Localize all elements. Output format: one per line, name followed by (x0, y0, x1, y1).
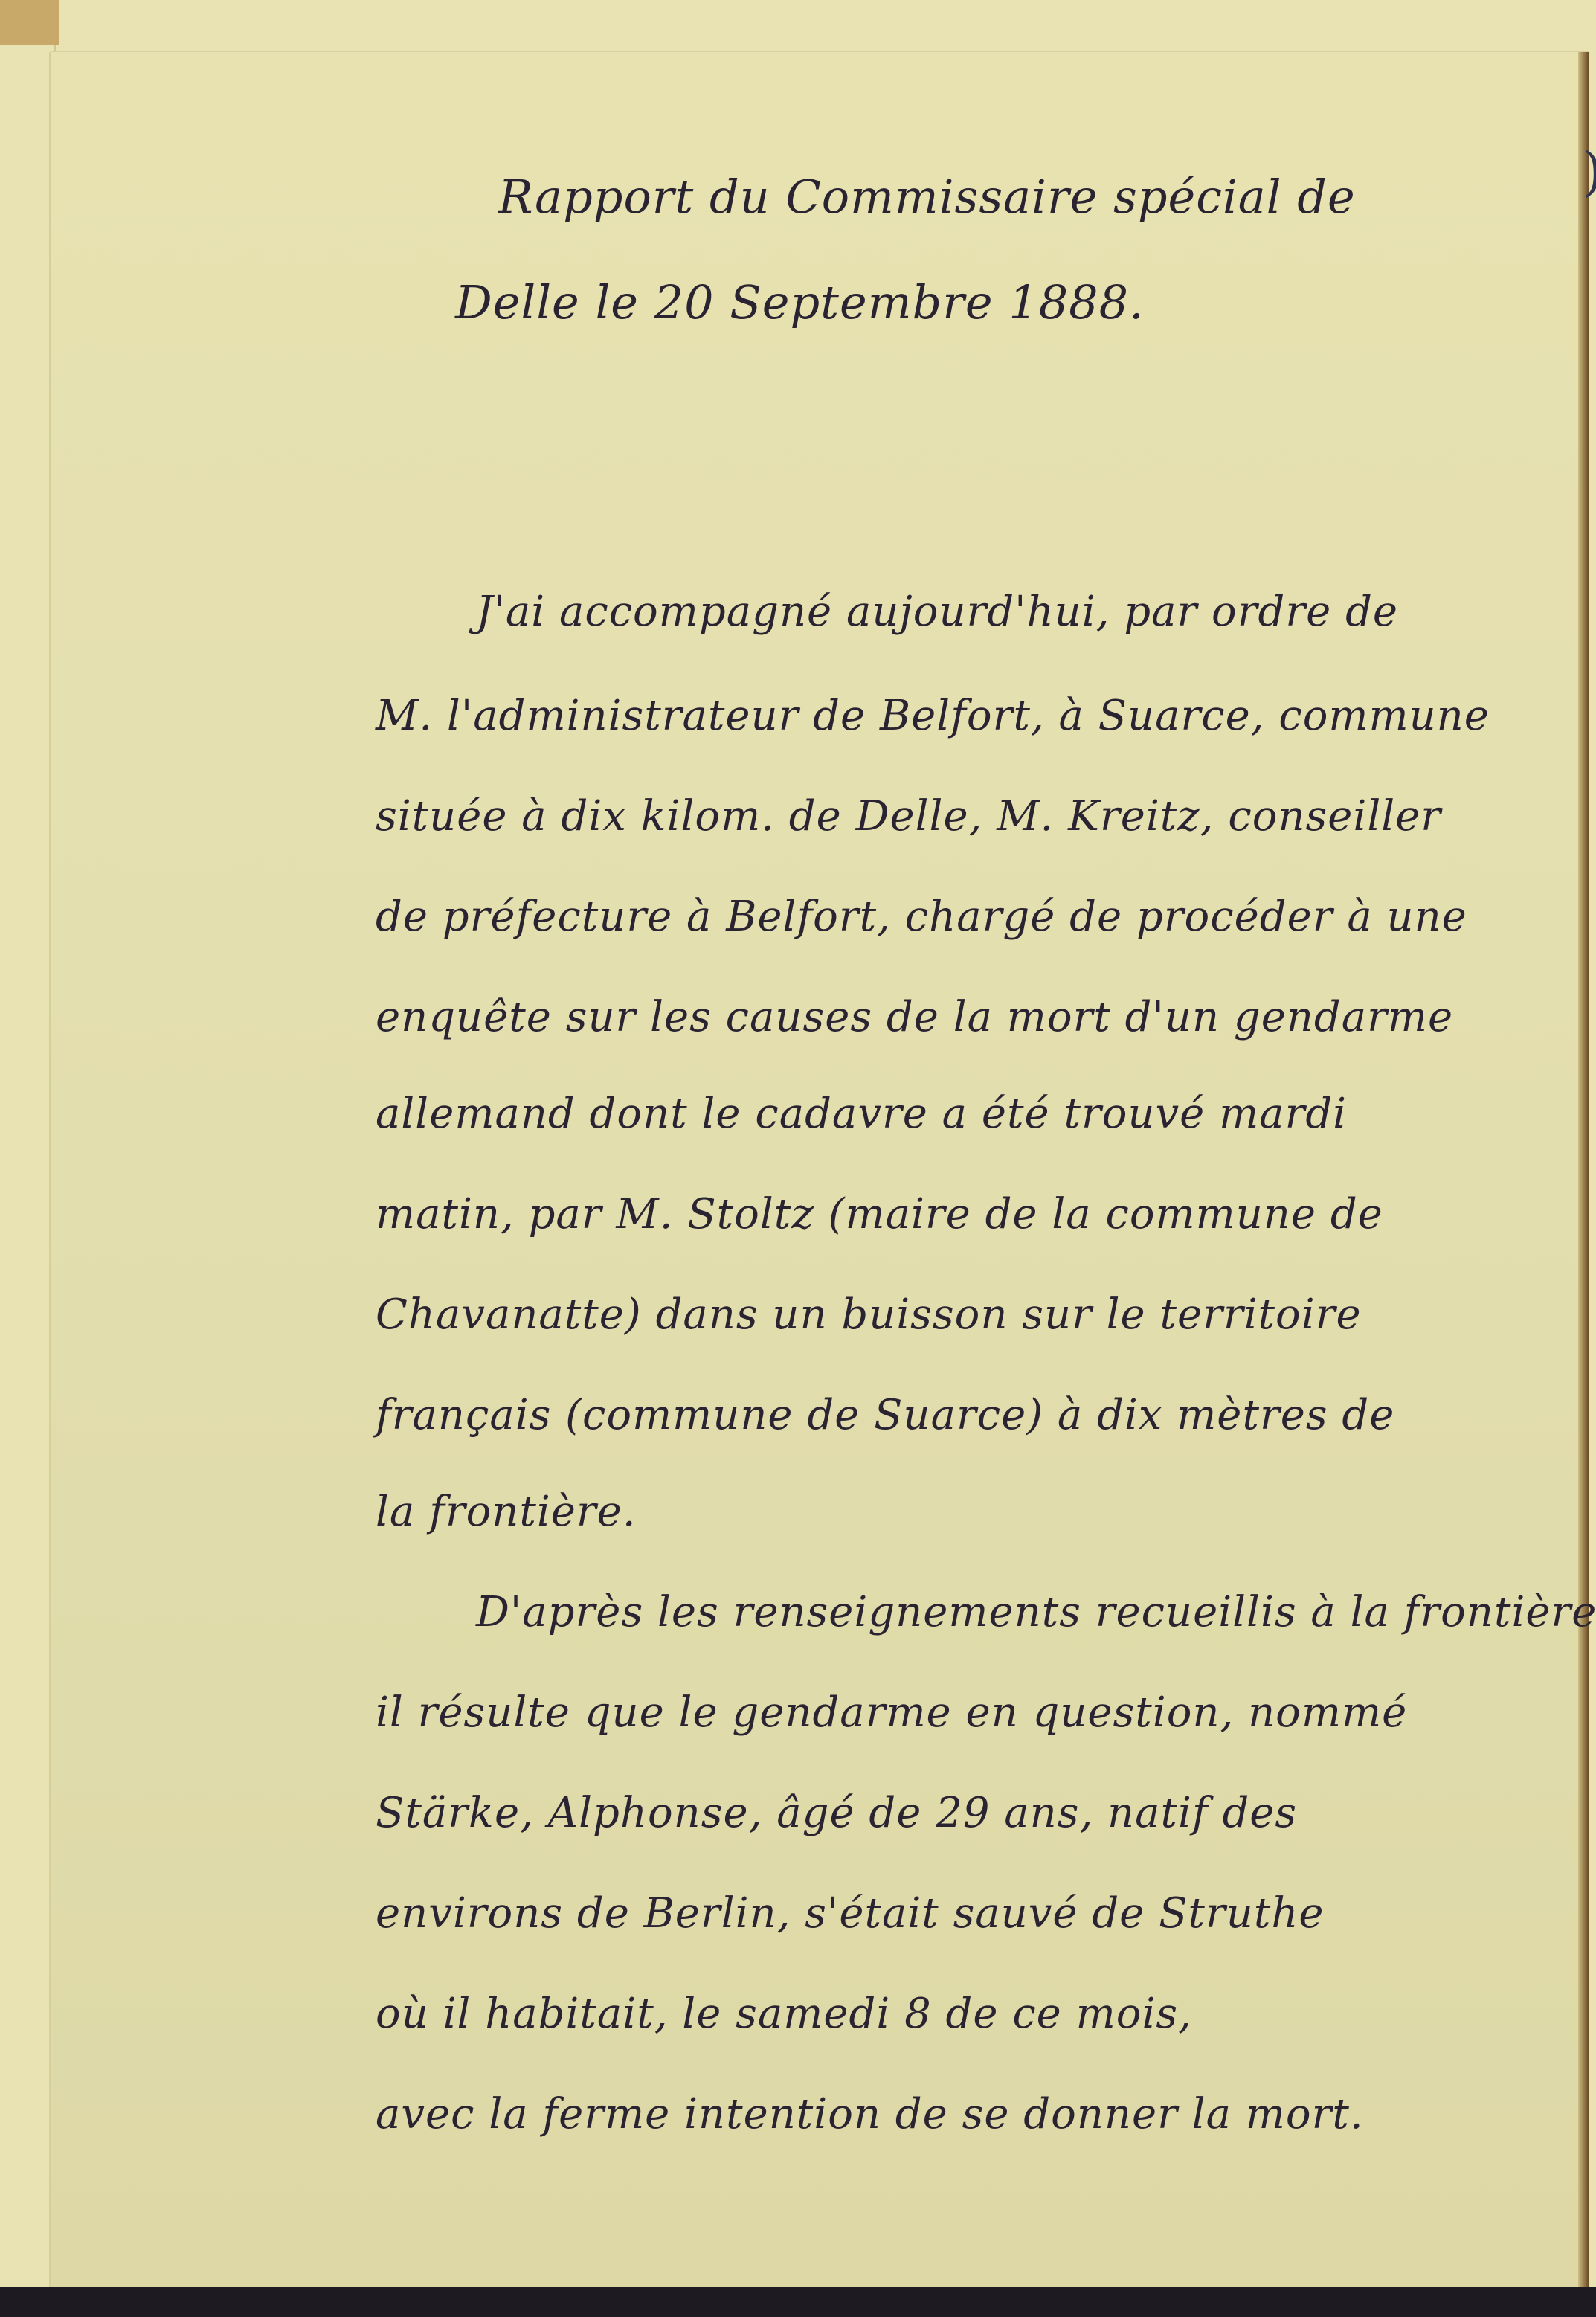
paragraph-1-line-6: allemand dont le cadavre a été trouvé ma… (376, 1090, 1347, 1138)
paragraph-1-line-7: matin, par M. Stoltz (maire de la commun… (376, 1190, 1383, 1238)
photo-background-bottom (0, 2287, 1596, 2317)
page-right-edge (1578, 52, 1589, 2306)
paragraph-2-line-1: D'après les renseignements recueillis à … (476, 1588, 1596, 1636)
paragraph-1-line-9: français (commune de Suarce) à dix mètre… (376, 1391, 1394, 1439)
paragraph-1-line-10: la frontière. (376, 1488, 637, 1536)
paragraph-2-line-4: environs de Berlin, s'était sauvé de Str… (376, 1889, 1325, 1938)
paragraph-2-line-6: avec la ferme intention de se donner la … (376, 2090, 1364, 2138)
paragraph-2-line-5: où il habitait, le samedi 8 de ce mois, (376, 1990, 1192, 2038)
paragraph-1-line-3: située à dix kilom. de Delle, M. Kreitz,… (376, 792, 1441, 841)
folder-corner-shadow (0, 0, 59, 45)
right-margin-bracket-mark: ) (1583, 141, 1596, 202)
paragraph-2-line-3: Stärke, Alphonse, âgé de 29 ans, natif d… (376, 1789, 1297, 1837)
document-title-line-1: Rapport du Commissaire spécial de (498, 170, 1356, 224)
paragraph-1-line-2: M. l'administrateur de Belfort, à Suarce… (376, 692, 1490, 740)
paragraph-2-line-2: il résulte que le gendarme en question, … (376, 1688, 1407, 1737)
manuscript-page (51, 52, 1589, 2306)
paragraph-1-line-4: de préfecture à Belfort, chargé de procé… (376, 893, 1467, 941)
document-title-line-2: Delle le 20 Septembre 1888. (455, 275, 1145, 330)
paragraph-1-line-1: J'ai accompagné aujourd'hui, par ordre d… (476, 588, 1398, 636)
paragraph-1-line-5: enquête sur les causes de la mort d'un g… (376, 993, 1453, 1041)
paragraph-1-line-8: Chavanatte) dans un buisson sur le terri… (376, 1291, 1362, 1339)
